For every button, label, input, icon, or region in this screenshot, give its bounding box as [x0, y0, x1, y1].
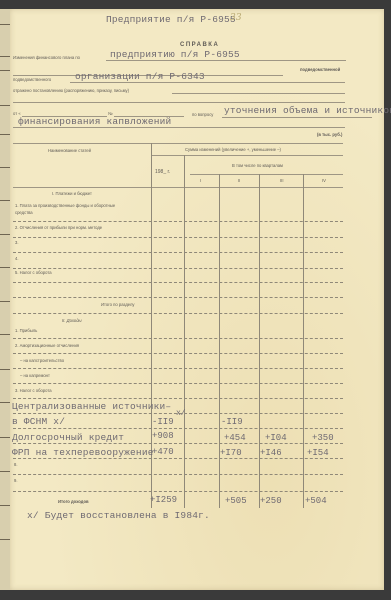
cell-q2: -II9: [221, 417, 243, 427]
value-subordinate: организации п/я Р-6343: [75, 71, 205, 82]
handwritten-page-number: 33: [230, 13, 242, 23]
col-header-q2: II: [238, 178, 240, 183]
row-divider: [13, 313, 343, 314]
underline: [222, 117, 372, 118]
value-change-plan: предприятию п/я Р-6955: [110, 49, 240, 60]
enterprise-line: Предприятие п/я Р-6955: [106, 14, 236, 25]
row-label: 2. Амортизационные отчисления: [15, 343, 79, 348]
footnote: х/ Будет восстановлена в I984г.: [27, 510, 210, 521]
row-label-typed: Долгосрочный кредит: [12, 432, 124, 443]
cell-total-q4: +504: [305, 496, 327, 506]
label-on-question: по вопросу: [192, 112, 213, 117]
row-label-typed: ФРП на техперевооружение: [12, 447, 154, 458]
row-divider: [13, 221, 343, 222]
row-label: – на капремонт: [20, 373, 50, 378]
cell-year-mark: х/: [176, 409, 186, 418]
row-divider: [13, 353, 343, 354]
row-label: – на капстроительство: [20, 358, 64, 363]
table-top-border: [13, 143, 343, 144]
row-label: 3.: [15, 240, 19, 245]
row-label: 1. Плата за производственные фонды и обо…: [15, 202, 130, 216]
row-divider: [13, 268, 343, 269]
cell-total-q3: +250: [260, 496, 282, 506]
row-divider: [13, 282, 343, 283]
row-label: 1. Прибыль: [15, 328, 37, 333]
row-label: 8.: [14, 462, 18, 467]
value-question-line1: уточнения объема и источников: [224, 105, 391, 116]
row-divider: [13, 491, 343, 492]
row-divider: [13, 252, 343, 253]
col-header-name: Наименование статей: [48, 148, 91, 153]
cell-year: +470: [152, 447, 174, 457]
label-change-plan: Изменения финансового плана по: [13, 55, 80, 60]
cell-q4: +I54: [307, 448, 329, 458]
row-divider: [13, 428, 343, 429]
col-header-q3: III: [280, 178, 284, 183]
doc-title: СПРАВКА: [180, 42, 219, 48]
units-label: (в тыс. руб.): [317, 132, 342, 137]
header-bottom-border: [13, 187, 343, 188]
row-divider: [13, 338, 343, 339]
cell-year: +908: [152, 431, 174, 441]
label-basis: отражено постановлению (распоряжению, пр…: [13, 88, 129, 93]
underline: [13, 127, 345, 128]
cell-q4: +350: [312, 433, 334, 443]
cell-total-q2: +505: [225, 496, 247, 506]
col-header-q4: IV: [322, 178, 326, 183]
header-divider: [190, 174, 343, 175]
label-subordinate-right: подведомственной: [300, 67, 340, 72]
row-label-total: Итого доходов: [58, 499, 89, 504]
row-divider: [13, 297, 343, 298]
row-divider: [13, 368, 343, 369]
row-label-typed: Централизованные источники–: [12, 401, 171, 412]
cell-total-year: +I259: [150, 495, 177, 505]
row-label: 5. Налог с оборота: [15, 270, 52, 275]
value-question-line2: финансирования капвложений: [18, 116, 171, 127]
row-divider: [13, 458, 343, 459]
row-divider: [13, 383, 343, 384]
cell-q3: +I04: [265, 433, 287, 443]
row-label: I. Платежи и бюджет: [52, 191, 92, 196]
col-header-quarters: В том числе по кварталам: [232, 163, 283, 168]
underline: [13, 102, 345, 103]
header-divider: [152, 155, 343, 156]
row-label: 4.: [15, 256, 19, 261]
col-header-q1: I: [200, 178, 201, 183]
row-divider: [13, 237, 343, 238]
col-divider: [184, 155, 185, 508]
row-divider: [13, 474, 343, 475]
row-label-subtotal: Итого по разделу: [101, 302, 135, 307]
cell-year: -II9: [152, 417, 174, 427]
cell-q2: +454: [224, 433, 246, 443]
row-label-typed: в ФСНМ х/: [12, 416, 65, 427]
cell-q3: +I46: [260, 448, 282, 458]
underline: [172, 93, 345, 94]
col-header-sum: Сумма изменений (увеличение +, уменьшени…: [185, 147, 281, 152]
cell-q2: +I70: [220, 448, 242, 458]
row-label: 3. Налог с оборота: [15, 388, 52, 393]
row-label: 2. Отчисления от прибыли при норм. метод…: [15, 225, 102, 230]
label-subordinate-left: подведомственного: [13, 77, 51, 82]
section-heading: II. Доходы: [62, 318, 82, 323]
underline: [106, 60, 346, 61]
row-divider: [13, 398, 343, 399]
row-divider: [13, 443, 343, 444]
underline: [70, 82, 345, 83]
row-label: 9.: [14, 478, 18, 483]
col-header-year: 198_ г.: [155, 169, 170, 175]
